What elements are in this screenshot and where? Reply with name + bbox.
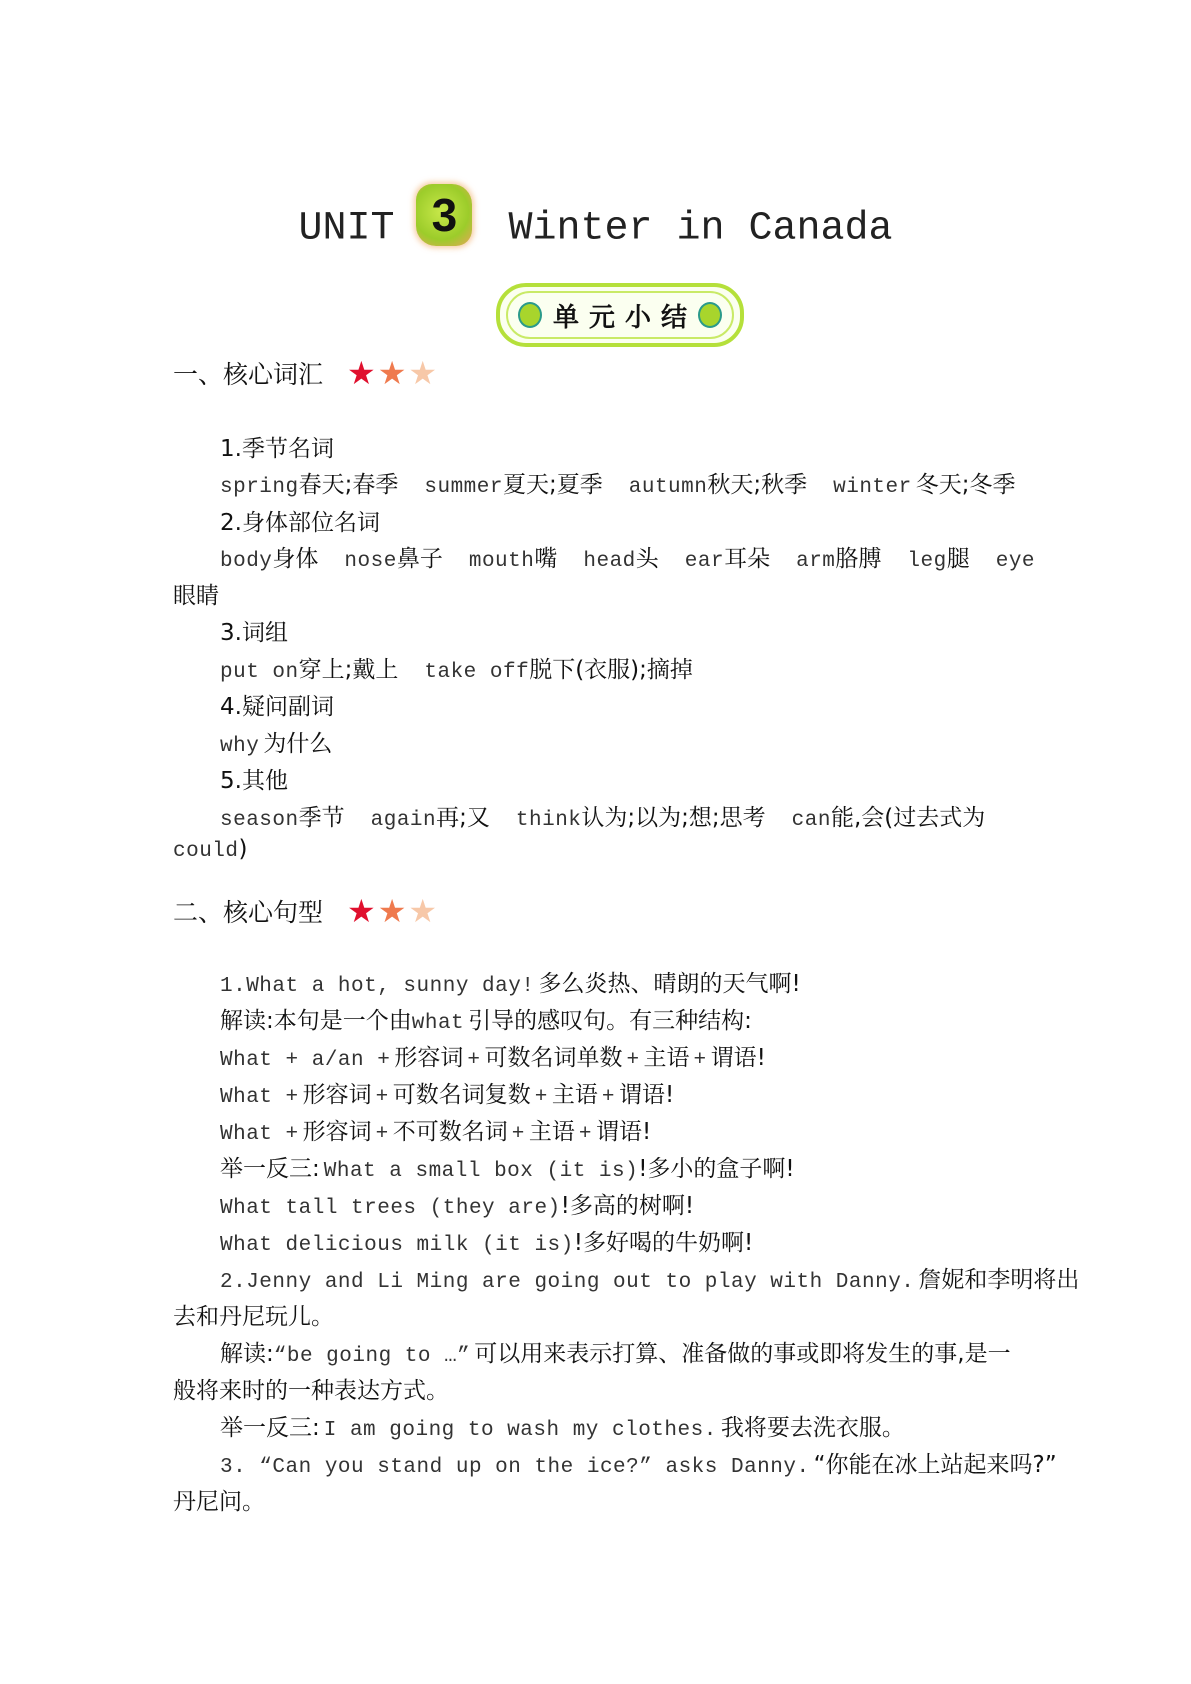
star-icon: ★ (378, 895, 407, 927)
sentence-3-wrap: 丹尼问。 (173, 1483, 265, 1516)
example-line: What delicious milk (it is)!多好喝的牛奶啊! (220, 1224, 753, 1257)
star-icon: ★ (408, 357, 437, 389)
difficulty-stars: ★ ★ ★ (347, 357, 439, 389)
example-line: 举一反三: I am going to wash my clothes. 我将要… (220, 1409, 905, 1442)
vocab-line: body身体 nose鼻子 mouth嘴 head头 ear耳朵 arm胳膊 l… (220, 540, 1035, 573)
star-icon: ★ (408, 895, 437, 927)
group-label: 2.身体部位名词 (220, 504, 380, 537)
sentence-2-wrap: 去和丹尼玩儿。 (173, 1298, 334, 1331)
vocab-line: why 为什么 (220, 725, 332, 758)
vocab-line: put on穿上;戴上 take off脱下(衣服);摘掉 (220, 651, 693, 684)
difficulty-stars: ★ ★ ★ (347, 895, 439, 927)
group-label: 5.其他 (220, 762, 288, 795)
unit-summary-banner: 单元小结 (496, 283, 744, 347)
star-icon: ★ (347, 895, 376, 927)
unit-number-badge: 3 (416, 184, 472, 246)
section-core-vocabulary-heading: 一、核心词汇 ★ ★ ★ (173, 355, 439, 391)
section-title: 二、核心句型 (173, 893, 323, 929)
group-label: 3.词组 (220, 614, 288, 647)
banner-dot-right-icon (698, 302, 722, 328)
example-line: 举一反三: What a small box (it is)!多小的盒子啊! (220, 1150, 795, 1183)
sentence-3: 3. “Can you stand up on the ice?” asks D… (220, 1446, 1057, 1479)
group-label: 1.季节名词 (220, 430, 334, 463)
banner-label: 单元小结 (543, 297, 697, 334)
vocab-line-wrap: could) (173, 836, 248, 863)
sentence-1-explanation: 解读:本句是一个由what 引导的感叹句。有三种结构: (220, 1002, 752, 1035)
banner-dot-left-icon (518, 302, 542, 328)
sentence-2: 2.Jenny and Li Ming are going out to pla… (220, 1261, 1079, 1294)
star-icon: ★ (347, 357, 376, 389)
unit-title: UNIT3Winter in Canada (0, 198, 1191, 260)
section-title: 一、核心词汇 (173, 355, 323, 391)
sentence-1: 1.What a hot, sunny day! 多么炎热、晴朗的天气啊! (220, 965, 801, 998)
section-core-sentences-heading: 二、核心句型 ★ ★ ★ (173, 893, 439, 929)
example-line: What tall trees (they are)!多高的树啊! (220, 1187, 694, 1220)
sentence-2-explanation: 解读:“be going to …” 可以用来表示打算、准备做的事或即将发生的事… (220, 1335, 1011, 1368)
sentence-2-explanation-wrap: 般将来时的一种表达方式。 (173, 1372, 449, 1405)
pattern-line: What + 形容词 + 不可数名词 + 主语 + 谓语! (220, 1113, 651, 1146)
unit-prefix: UNIT (298, 207, 394, 252)
vocab-line: season季节 again再;又 think认为;以为;想;思考 can能,会… (220, 799, 985, 832)
pattern-line: What + 形容词 + 可数名词复数 + 主语 + 谓语! (220, 1076, 674, 1109)
group-label: 4.疑问副词 (220, 688, 334, 721)
vocab-line-wrap: 眼睛 (173, 577, 219, 610)
star-icon: ★ (378, 357, 407, 389)
vocab-line: spring春天;春季 summer夏天;夏季 autumn秋天;秋季 wint… (220, 466, 1016, 499)
unit-name: Winter in Canada (508, 207, 892, 252)
pattern-line: What + a/an + 形容词 + 可数名词单数 + 主语 + 谓语! (220, 1039, 766, 1072)
